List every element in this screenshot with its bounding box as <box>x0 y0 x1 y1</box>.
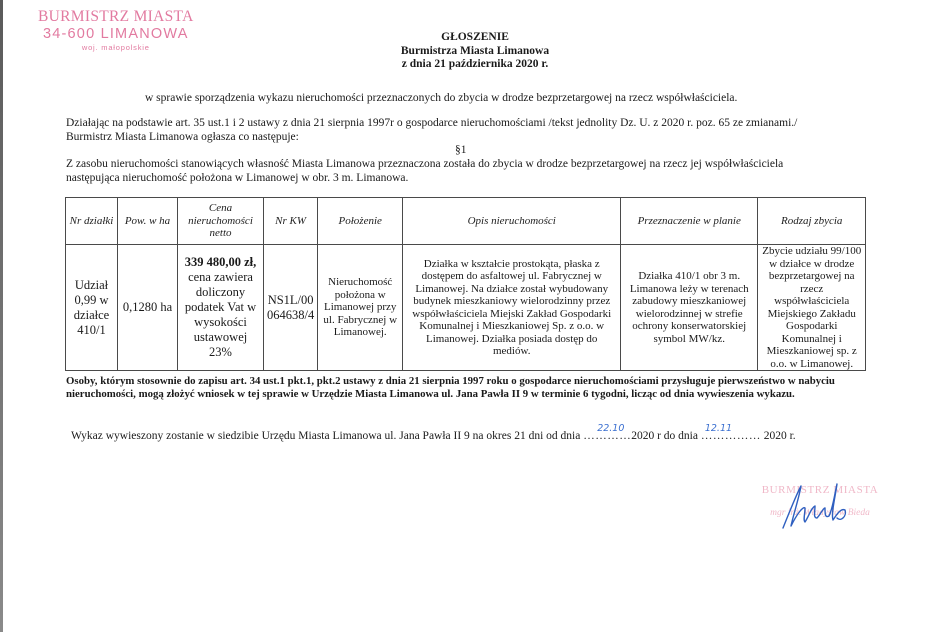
header-location: Położenie <box>318 198 403 245</box>
handwritten-from-date: 22.10 <box>597 422 624 436</box>
official-stamp-top: BURMISTRZ MIASTA 34-600 LIMANOWA woj. ma… <box>38 8 194 52</box>
intro-line-1: Z zasobu nieruchomości stanowiących włas… <box>66 158 783 172</box>
stamp-line-2: 34-600 LIMANOWA <box>38 27 194 43</box>
header-area: Pow. w ha <box>118 198 178 245</box>
header-description: Opis nieruchomości <box>403 198 621 245</box>
header-net-price: Cena nieruchomości netto <box>178 198 264 245</box>
price-amount: 339 480,00 zł, <box>181 255 260 270</box>
cell-disposal: Zbycie udziału 99/100 w działce w drodze… <box>758 245 866 371</box>
document-title: GŁOSZENIE <box>380 31 570 45</box>
posting-text-after: 2020 r. <box>761 430 796 442</box>
document-issuer: Burmistrza Miasta Limanowa <box>380 45 570 59</box>
stamp-line-1: BURMISTRZ MIASTA <box>38 8 194 25</box>
cell-description: Działka w kształcie prostokąta, płaska z… <box>403 245 621 371</box>
cell-zoning: Działka 410/1 obr 3 m. Limanowa leży w t… <box>621 245 758 371</box>
property-table: Nr działki Pow. w ha Cena nieruchomości … <box>65 197 866 371</box>
price-note: cena zawiera doliczony podatek Vat w wys… <box>181 270 260 360</box>
section-sign: §1 <box>455 144 467 158</box>
document-date: z dnia 21 października 2020 r. <box>380 58 570 72</box>
preemption-notice: Osoby, którym stosownie do zapisu art. 3… <box>66 375 856 401</box>
table-header-row: Nr działki Pow. w ha Cena nieruchomości … <box>66 198 866 245</box>
posting-text-before: Wykaz wywieszony zostanie w siedzibie Ur… <box>71 430 583 442</box>
legal-basis-line-2: Burmistrz Miasta Limanowa ogłasza co nas… <box>66 131 797 145</box>
scan-edge <box>0 0 3 632</box>
document-subject: w sprawie sporządzenia wykazu nieruchomo… <box>145 92 737 106</box>
cell-location: Nieruchomość położona w Limanowej przy u… <box>318 245 403 371</box>
handwritten-to-date: 12.11 <box>705 422 732 436</box>
table-row: Udział 0,99 w działce 410/1 0,1280 ha 33… <box>66 245 866 371</box>
header-zoning: Przeznaczenie w planie <box>621 198 758 245</box>
intro-paragraph: Z zasobu nieruchomości stanowiących włas… <box>66 158 783 185</box>
cell-parcel: Udział 0,99 w działce 410/1 <box>66 245 118 371</box>
document-header: GŁOSZENIE Burmistrza Miasta Limanowa z d… <box>380 31 570 72</box>
stamp-line-3: woj. małopolskie <box>38 44 194 52</box>
cell-area: 0,1280 ha <box>118 245 178 371</box>
legal-basis-line-1: Działając na podstawie art. 35 ust.1 i 2… <box>66 117 797 131</box>
header-disposal-type: Rodzaj zbycia <box>758 198 866 245</box>
posting-period: Wykaz wywieszony zostanie w siedzibie Ur… <box>71 430 796 444</box>
header-land-register: Nr KW <box>264 198 318 245</box>
signature-icon <box>775 478 855 533</box>
intro-line-2: następująca nieruchomość położona w Lima… <box>66 172 783 186</box>
posting-text-middle: 2020 r do dnia <box>631 430 701 442</box>
header-parcel-number: Nr działki <box>66 198 118 245</box>
legal-basis: Działając na podstawie art. 35 ust.1 i 2… <box>66 117 797 144</box>
cell-land-register: NS1L/00 064638/4 <box>264 245 318 371</box>
cell-price: 339 480,00 zł, cena zawiera doliczony po… <box>178 245 264 371</box>
